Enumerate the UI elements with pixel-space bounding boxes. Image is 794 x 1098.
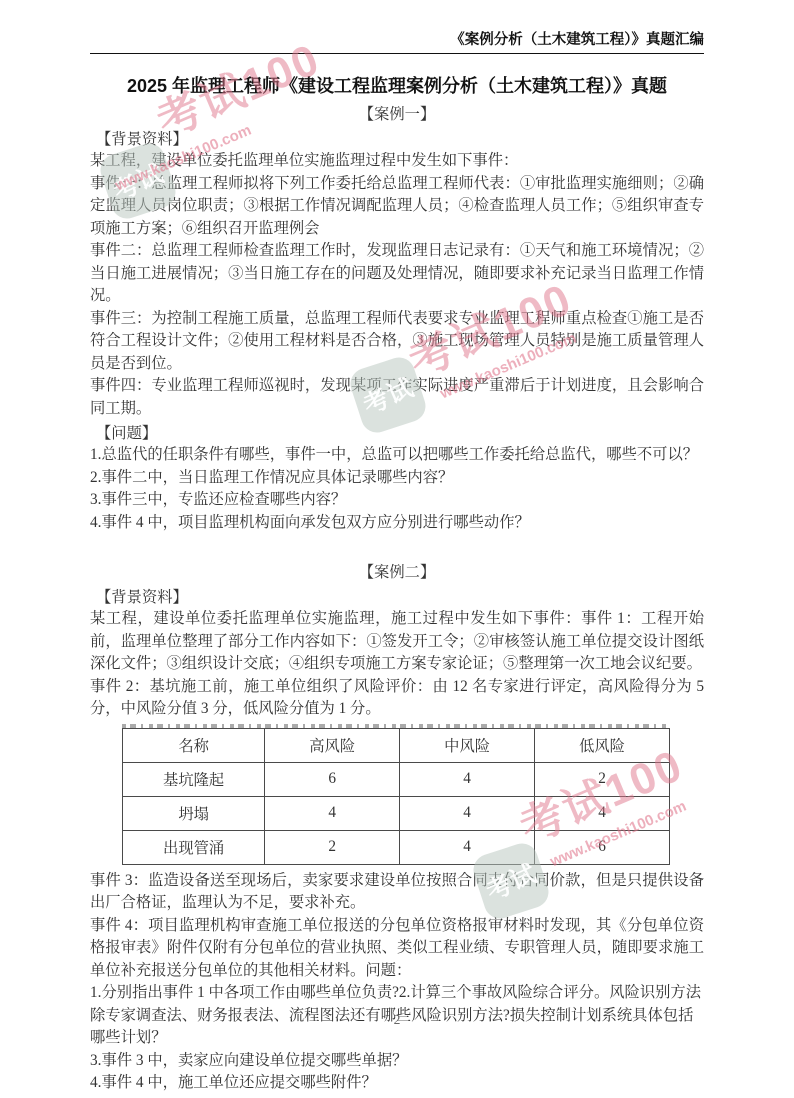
table-cell: 2 xyxy=(265,830,400,864)
case2-question: 3.事件 3 中，卖家应向建设单位提交哪些单据？ xyxy=(90,1050,704,1073)
case1-question: 4.事件 4 中，项目监理机构面向承发包双方应分别进行哪些动作？ xyxy=(90,512,704,535)
case2-paragraph: 事件 3：监造设备送至现场后，卖家要求建设单位按照合同支付合同价款，但是只提供设… xyxy=(90,870,704,915)
risk-score-table: 名称 高风险 中风险 低风险 基坑隆起 6 4 2 坍塌 4 4 4 xyxy=(122,728,670,865)
table-row: 出现管涌 2 4 6 xyxy=(123,830,670,864)
case2-paragraph: 某工程，建设单位委托监理单位实施监理，施工过程中发生如下事件：事件 1：工程开始… xyxy=(90,608,704,676)
table-cell: 6 xyxy=(535,830,670,864)
page-number: 2 xyxy=(0,1012,794,1028)
case1-question: 2.事件二中，当日监理工作情况应具体记录哪些内容？ xyxy=(90,467,704,490)
case1-paragraph: 事件四：专业监理工程师巡视时，发现某项工作实际进度严重滞后于计划进度，且会影响合… xyxy=(90,375,704,420)
header-text: 《案例分析（土木建筑工程）》真题汇编 xyxy=(90,28,704,49)
case1-paragraph: 事件二：总监理工程师检查监理工作时，发现监理日志记录有：①天气和施工环境情况；②… xyxy=(90,240,704,308)
table-header-cell: 高风险 xyxy=(265,728,400,762)
table-header-row: 名称 高风险 中风险 低风险 xyxy=(123,728,670,762)
table-cell: 4 xyxy=(400,796,535,830)
table-cell: 基坑隆起 xyxy=(123,762,265,796)
document-content: 2025 年监理工程师《建设工程监理案例分析（土木建筑工程）》真题 【案例一】 … xyxy=(90,72,704,1095)
case2-label: 【案例二】 xyxy=(90,560,704,582)
table-cell: 4 xyxy=(400,830,535,864)
table-row: 坍塌 4 4 4 xyxy=(123,796,670,830)
table-cell: 2 xyxy=(535,762,670,796)
case2-background-header: 【背景资料】 xyxy=(90,585,704,607)
case2-paragraph: 事件 4：项目监理机构审查施工单位报送的分包单位资格报审材料时发现，其《分包单位… xyxy=(90,915,704,983)
table-header-cell: 名称 xyxy=(123,728,265,762)
case1-background-header: 【背景资料】 xyxy=(90,127,704,149)
case1-label: 【案例一】 xyxy=(90,102,704,124)
table-cell: 4 xyxy=(400,762,535,796)
document-page: 考试 考试100 www.kaoshi100.com 考试 考试100 www.… xyxy=(0,0,794,1098)
table-cell: 4 xyxy=(535,796,670,830)
case1-section: 【案例一】 【背景资料】 某工程，建设单位委托监理单位实施监理过程中发生如下事件… xyxy=(90,102,704,534)
page-header: 《案例分析（土木建筑工程）》真题汇编 xyxy=(90,0,704,54)
case1-paragraph: 事件一：总监理工程师拟将下列工作委托给总监理工程师代表：①审批监理实施细则；②确… xyxy=(90,173,704,241)
case1-question: 3.事件三中，专监还应检查哪些内容？ xyxy=(90,489,704,512)
case1-paragraph: 事件三：为控制工程施工质量，总监理工程师代表要求专业监理工程师重点检查①施工是否… xyxy=(90,308,704,376)
page-title: 2025 年监理工程师《建设工程监理案例分析（土木建筑工程）》真题 xyxy=(90,72,704,98)
case1-paragraph: 某工程，建设单位委托监理单位实施监理过程中发生如下事件： xyxy=(90,150,704,173)
table-cell: 坍塌 xyxy=(123,796,265,830)
case1-question: 1.总监代的任职条件有哪些，事件一中，总监可以把哪些工作委托给总监代，哪些不可以… xyxy=(90,444,704,467)
clipped-text-line xyxy=(122,724,670,728)
table-row: 基坑隆起 6 4 2 xyxy=(123,762,670,796)
table-cell: 4 xyxy=(265,796,400,830)
table-header-cell: 低风险 xyxy=(535,728,670,762)
table-cell: 出现管涌 xyxy=(123,830,265,864)
table-header-cell: 中风险 xyxy=(400,728,535,762)
table-cell: 6 xyxy=(265,762,400,796)
case1-questions-header: 【问题】 xyxy=(90,421,704,443)
case2-question: 4.事件 4 中，施工单位还应提交哪些附件？ xyxy=(90,1072,704,1095)
case2-paragraph: 事件 2：基坑施工前，施工单位组织了风险评价：由 12 名专家进行评定，高风险得… xyxy=(90,676,704,721)
